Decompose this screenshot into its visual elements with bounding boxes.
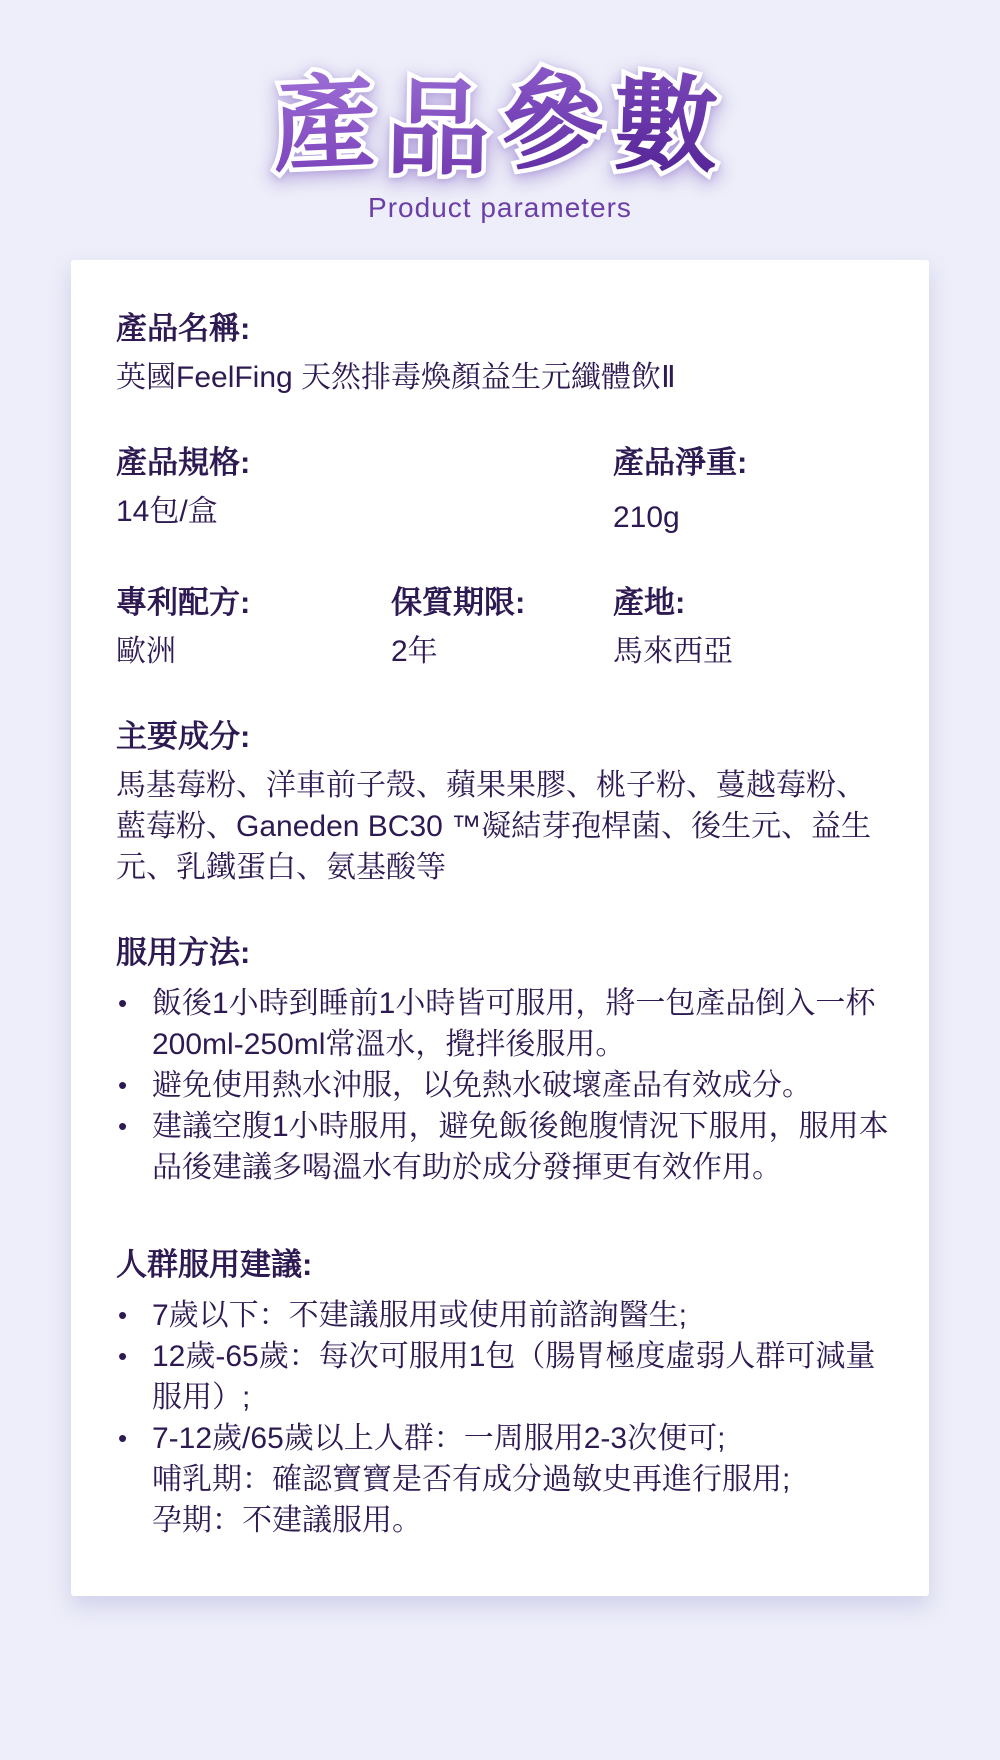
list-item: • 12歲-65歲：每次可服用1包（腸胃極度虛弱人群可減量服用）; <box>116 1336 891 1418</box>
list-note: 哺乳期：確認寶寶是否有成分過敏史再進行服用; <box>116 1459 891 1500</box>
list-item-text: 避免使用熱水沖服，以免熱水破壞產品有效成分。 <box>152 1065 891 1106</box>
product-name-value: 英國FeelFing 天然排毒煥顏益生元纖體飲Ⅱ <box>116 357 891 398</box>
list-item-text: 7歲以下：不建議服用或使用前諮詢醫生; <box>152 1295 891 1336</box>
shelf-life-label: 保質期限: <box>391 582 613 623</box>
shelf-life-cell: 保質期限: 2年 <box>391 582 613 672</box>
bullet-icon: • <box>116 1106 152 1188</box>
list-note: 孕期：不建議服用。 <box>116 1500 891 1541</box>
dosage-label: 服用方法: <box>116 932 891 973</box>
page-subtitle: Product parameters <box>0 192 1000 224</box>
audience-section: 人群服用建議: • 7歲以下：不建議服用或使用前諮詢醫生; • 12歲-65歲：… <box>116 1244 891 1541</box>
audience-label: 人群服用建議: <box>116 1244 891 1285</box>
product-parameters-card: 產品名稱: 英國FeelFing 天然排毒煥顏益生元纖體飲Ⅱ 產品規格: 14包… <box>71 260 929 1596</box>
dosage-list: • 飯後1小時到睡前1小時皆可服用，將一包產品倒入一杯200ml-250ml常溫… <box>116 983 891 1188</box>
list-item: • 避免使用熱水沖服，以免熱水破壞產品有效成分。 <box>116 1065 891 1106</box>
formula-value: 歐洲 <box>116 631 391 672</box>
formula-label: 專利配方: <box>116 582 391 623</box>
bullet-icon: • <box>116 983 152 1065</box>
list-item-text: 7-12歲/65歲以上人群：一周服用2-3次便可; <box>152 1418 891 1459</box>
list-item: • 建議空腹1小時服用，避免飯後飽腹情況下服用，服用本品後建議多喝溫水有助於成分… <box>116 1106 891 1188</box>
list-item-text: 12歲-65歲：每次可服用1包（腸胃極度虛弱人群可減量服用）; <box>152 1336 891 1418</box>
page-header: 產品參數 產品參數 Product parameters <box>0 0 1000 224</box>
bullet-icon: • <box>116 1336 152 1418</box>
dosage-section: 服用方法: • 飯後1小時到睡前1小時皆可服用，將一包產品倒入一杯200ml-2… <box>116 932 891 1188</box>
ingredients-section: 主要成分: 馬基莓粉、洋車前子殼、蘋果果膠、桃子粉、蔓越莓粉、藍莓粉、Ganed… <box>116 716 891 888</box>
origin-value: 馬來西亞 <box>613 631 891 672</box>
product-name-section: 產品名稱: 英國FeelFing 天然排毒煥顏益生元纖體飲Ⅱ <box>116 308 891 398</box>
list-item-text: 飯後1小時到睡前1小時皆可服用，將一包產品倒入一杯200ml-250ml常溫水，… <box>152 983 891 1065</box>
spec-cell: 產品規格: 14包/盒 <box>116 442 613 538</box>
list-item: • 飯後1小時到睡前1小時皆可服用，將一包產品倒入一杯200ml-250ml常溫… <box>116 983 891 1065</box>
net-weight-value: 210g <box>613 497 891 538</box>
list-item-text: 建議空腹1小時服用，避免飯後飽腹情況下服用，服用本品後建議多喝溫水有助於成分發揮… <box>152 1106 891 1188</box>
ingredients-label: 主要成分: <box>116 716 891 757</box>
bullet-icon: • <box>116 1295 152 1336</box>
net-weight-label: 產品淨重: <box>613 442 891 483</box>
list-item: • 7-12歲/65歲以上人群：一周服用2-3次便可; <box>116 1418 891 1459</box>
origin-cell: 產地: 馬來西亞 <box>613 582 891 672</box>
page-title-text: 產品參數 <box>272 66 728 180</box>
origin-label: 產地: <box>613 582 891 623</box>
ingredients-value: 馬基莓粉、洋車前子殼、蘋果果膠、桃子粉、蔓越莓粉、藍莓粉、Ganeden BC3… <box>116 765 891 888</box>
shelf-life-value: 2年 <box>391 631 613 672</box>
info-row: 專利配方: 歐洲 保質期限: 2年 產地: 馬來西亞 <box>116 582 891 672</box>
formula-cell: 專利配方: 歐洲 <box>116 582 391 672</box>
spec-value: 14包/盒 <box>116 491 613 532</box>
audience-list: • 7歲以下：不建議服用或使用前諮詢醫生; • 12歲-65歲：每次可服用1包（… <box>116 1295 891 1541</box>
product-name-label: 產品名稱: <box>116 308 891 349</box>
page-title: 產品參數 產品參數 <box>272 66 728 180</box>
spec-label: 產品規格: <box>116 442 613 483</box>
net-weight-cell: 產品淨重: 210g <box>613 442 891 538</box>
spec-row: 產品規格: 14包/盒 產品淨重: 210g <box>116 442 891 538</box>
list-item: • 7歲以下：不建議服用或使用前諮詢醫生; <box>116 1295 891 1336</box>
bullet-icon: • <box>116 1065 152 1106</box>
bullet-icon: • <box>116 1418 152 1459</box>
